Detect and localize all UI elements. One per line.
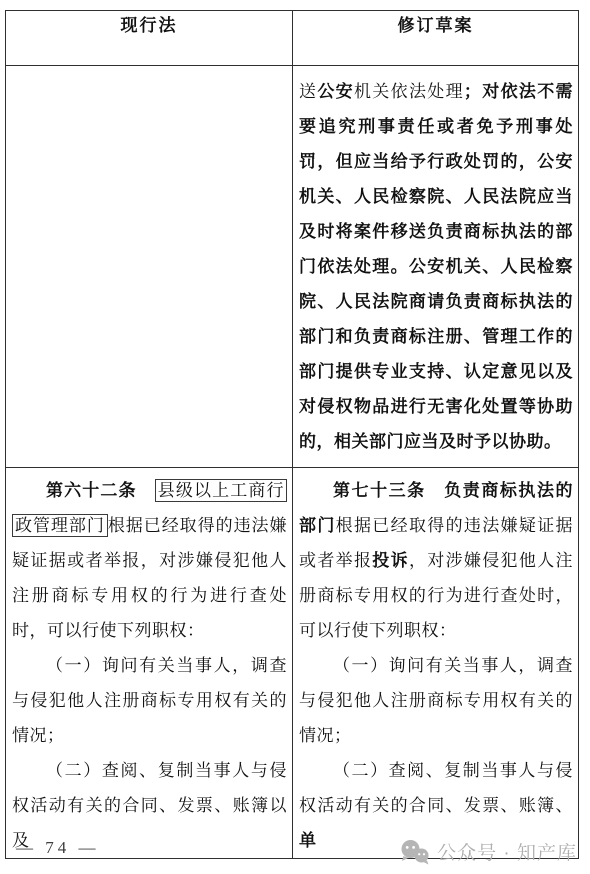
text-run: 单 bbox=[299, 831, 317, 850]
text-run: 送 bbox=[299, 82, 317, 101]
header-row: 现行法 修订草案 bbox=[6, 11, 579, 66]
text-run: （二）查阅、复制当事人与侵权活动有关的合同、发票、账簿、 bbox=[299, 761, 573, 815]
text-run: （一）询问有关当事人，调查与侵犯他人注册商标专用权有关的情况； bbox=[12, 656, 287, 745]
table-cell-current-law bbox=[6, 66, 293, 468]
cell-content: 送公安机关依法处理；对依法不需要追究刑事责任或者免予刑事处罚，但应当给予行政处罚… bbox=[293, 66, 578, 467]
watermark: 公众号 · 知产库 bbox=[400, 838, 577, 865]
wechat-icon bbox=[400, 839, 430, 865]
column-header-revision-draft: 修订草案 bbox=[293, 11, 579, 66]
text-run: ；对依法不需要追究刑事责任或者免予刑事处罚，但应当给予行政处罚的，公安机关、人民… bbox=[299, 82, 573, 451]
text-run: 第七十三条 bbox=[333, 481, 426, 500]
column-header-current-law: 现行法 bbox=[6, 11, 293, 66]
cell-content: 第七十三条 负责商标执法的部门根据已经取得的违法嫌疑证据或者举报投诉，对涉嫌侵犯… bbox=[293, 468, 578, 858]
table-cell-current-law: 第六十二条 县级以上工商行政管理部门根据已经取得的违法嫌疑证据或者举报，对涉嫌侵… bbox=[6, 468, 293, 859]
text-run: 机关依法处理 bbox=[354, 82, 464, 101]
paragraph: 送公安机关依法处理；对依法不需要追究刑事责任或者免予刑事处罚，但应当给予行政处罚… bbox=[299, 74, 573, 459]
page-number: — 74 — bbox=[16, 838, 100, 858]
paragraph: （一）询问有关当事人，调查与侵犯他人注册商标专用权有关的情况； bbox=[12, 648, 287, 753]
paragraph: （一）询问有关当事人，调查与侵犯他人注册商标专用权有关的情况； bbox=[299, 648, 573, 753]
document-page: 现行法 修订草案 送公安机关依法处理；对依法不需要追究刑事责任或者免予刑事处罚，… bbox=[0, 0, 590, 874]
table-cell-revision-draft: 送公安机关依法处理；对依法不需要追究刑事责任或者免予刑事处罚，但应当给予行政处罚… bbox=[293, 66, 579, 468]
cell-content bbox=[6, 66, 292, 467]
table-cell-revision-draft: 第七十三条 负责商标执法的部门根据已经取得的违法嫌疑证据或者举报投诉，对涉嫌侵犯… bbox=[293, 468, 579, 859]
table-row: 第六十二条 县级以上工商行政管理部门根据已经取得的违法嫌疑证据或者举报，对涉嫌侵… bbox=[6, 468, 579, 859]
watermark-text: 公众号 · 知产库 bbox=[437, 838, 577, 865]
paragraph: 第七十三条 负责商标执法的部门根据已经取得的违法嫌疑证据或者举报投诉，对涉嫌侵犯… bbox=[299, 473, 573, 648]
text-run: 第六十二条 bbox=[46, 481, 137, 500]
comparison-table: 现行法 修订草案 送公安机关依法处理；对依法不需要追究刑事责任或者免予刑事处罚，… bbox=[5, 10, 579, 859]
paragraph: 第六十二条 县级以上工商行政管理部门根据已经取得的违法嫌疑证据或者举报，对涉嫌侵… bbox=[12, 473, 287, 648]
text-run: （二）查阅、复制当事人与侵权活动有关的合同、发票、账簿以及 bbox=[12, 761, 287, 850]
cell-content: 第六十二条 县级以上工商行政管理部门根据已经取得的违法嫌疑证据或者举报，对涉嫌侵… bbox=[6, 468, 292, 858]
text-run bbox=[137, 481, 155, 500]
text-run: （一）询问有关当事人，调查与侵犯他人注册商标专用权有关的情况； bbox=[299, 656, 573, 745]
table-row: 送公安机关依法处理；对依法不需要追究刑事责任或者免予刑事处罚，但应当给予行政处罚… bbox=[6, 66, 579, 468]
text-run: 投诉 bbox=[372, 551, 409, 570]
text-run bbox=[426, 481, 445, 500]
text-run: 公安 bbox=[317, 82, 354, 101]
